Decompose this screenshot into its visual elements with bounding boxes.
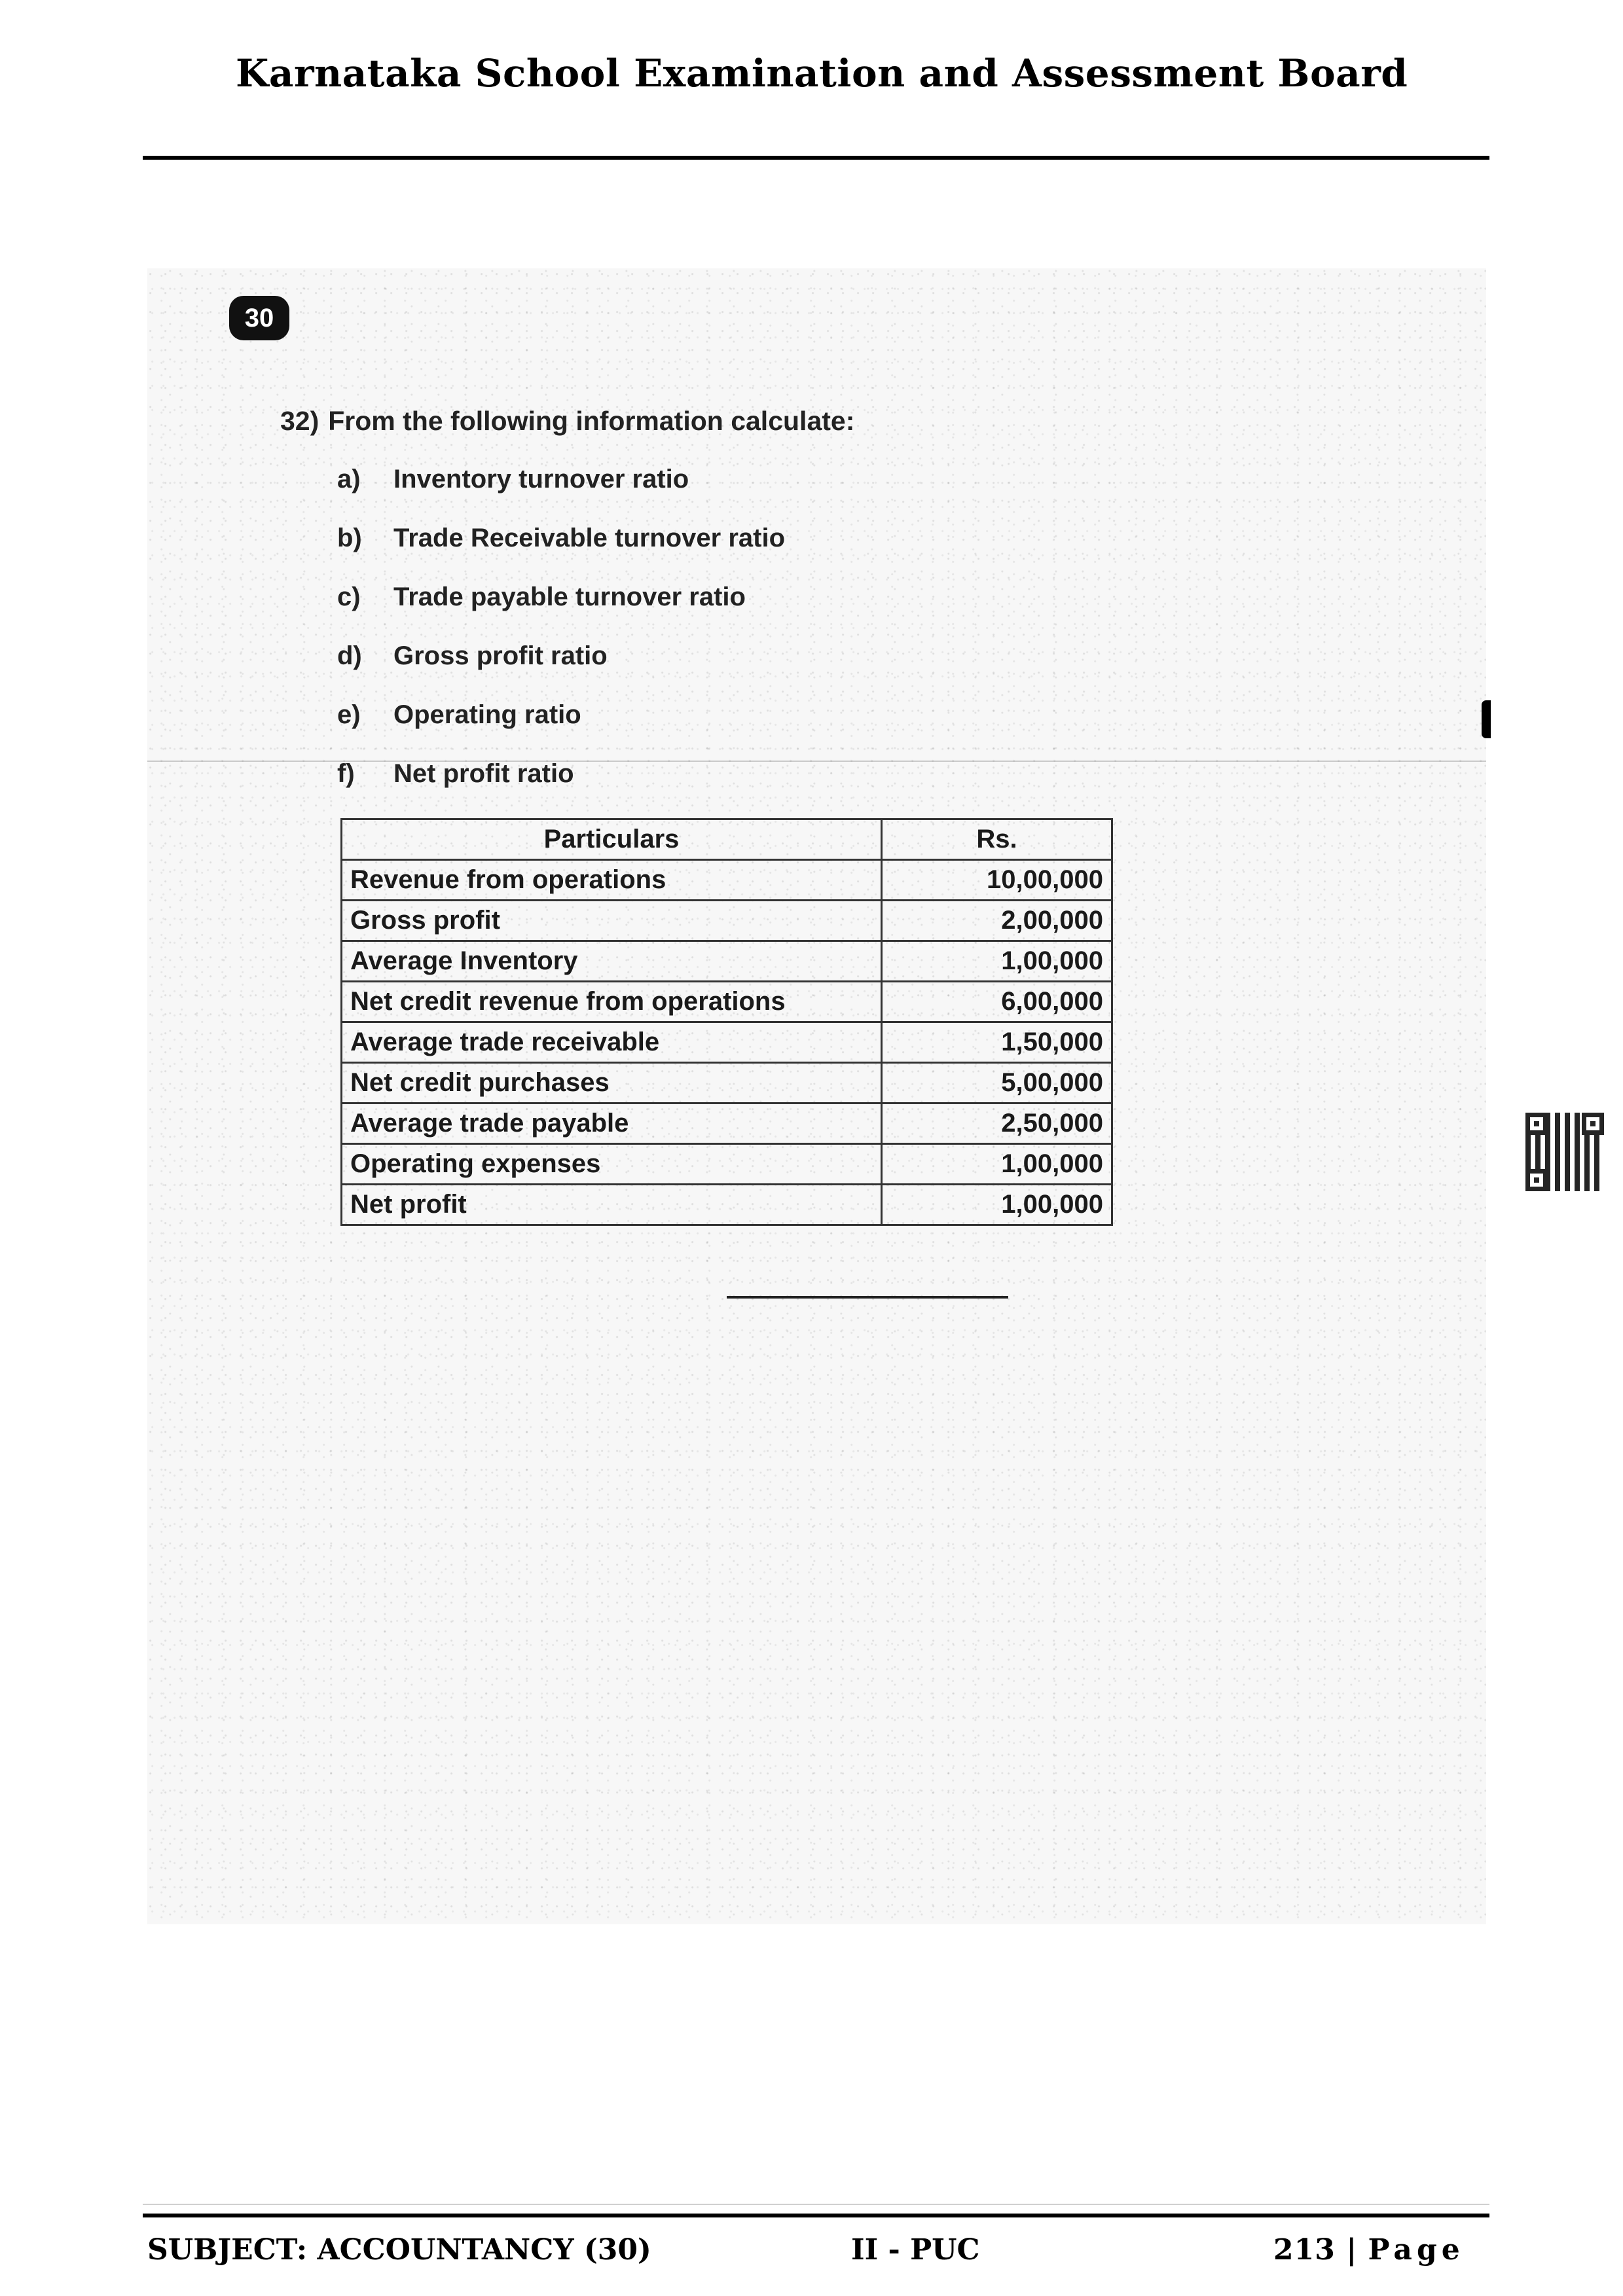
page-label: Page	[1368, 2233, 1465, 2267]
amount-cell: 10,00,000	[882, 860, 1112, 901]
table-row: Net credit purchases5,00,000	[342, 1063, 1112, 1103]
header-title: Karnataka School Examination and Assessm…	[236, 51, 1388, 96]
question-item: f)Net profit ratio	[337, 759, 785, 818]
table-row: Gross profit2,00,000	[342, 901, 1112, 941]
column-header-particulars: Particulars	[342, 819, 882, 860]
item-text: Gross profit ratio	[393, 641, 608, 671]
header-divider	[143, 156, 1489, 160]
table-row: Average trade payable2,50,000	[342, 1103, 1112, 1144]
question-item: c)Trade payable turnover ratio	[337, 583, 785, 641]
table-row: Average trade receivable1,50,000	[342, 1022, 1112, 1063]
item-letter: d)	[337, 641, 393, 671]
particular-cell: Average trade receivable	[342, 1022, 882, 1063]
scanned-question-image: 30 32)From the following information cal…	[147, 268, 1486, 1924]
footer-class: II - PUC	[851, 2233, 980, 2267]
end-of-question-rule	[727, 1296, 1008, 1299]
item-letter: b)	[337, 524, 393, 553]
item-letter: e)	[337, 700, 393, 730]
question-text: From the following information calculate…	[328, 406, 854, 436]
amount-cell: 6,00,000	[882, 982, 1112, 1022]
item-text: Trade Receivable turnover ratio	[393, 524, 785, 553]
particular-cell: Net credit revenue from operations	[342, 982, 882, 1022]
particular-cell: Average Inventory	[342, 941, 882, 982]
amount-cell: 1,00,000	[882, 1144, 1112, 1185]
qr-finder-icon	[1525, 1113, 1548, 1135]
item-text: Trade payable turnover ratio	[393, 583, 746, 612]
question-prompt: 32)From the following information calcul…	[280, 406, 854, 437]
particular-cell: Operating expenses	[342, 1144, 882, 1185]
table-row: Revenue from operations10,00,000	[342, 860, 1112, 901]
edge-mark	[1482, 700, 1491, 738]
amount-cell: 2,50,000	[882, 1103, 1112, 1144]
item-letter: c)	[337, 583, 393, 612]
table-row: Net profit1,00,000	[342, 1185, 1112, 1225]
question-number: 32)	[280, 406, 319, 436]
table-header-row: Particulars Rs.	[342, 819, 1112, 860]
qr-finder-icon	[1582, 1113, 1604, 1135]
amount-cell: 1,00,000	[882, 941, 1112, 982]
question-item: e)Operating ratio	[337, 700, 785, 759]
particulars-table: Particulars Rs. Revenue from operations1…	[340, 818, 1113, 1226]
amount-cell: 1,00,000	[882, 1185, 1112, 1225]
qr-finder-icon	[1525, 1169, 1548, 1191]
footer-divider	[143, 2214, 1489, 2217]
item-text: Net profit ratio	[393, 759, 574, 789]
amount-cell: 1,50,000	[882, 1022, 1112, 1063]
amount-cell: 2,00,000	[882, 901, 1112, 941]
item-letter: f)	[337, 759, 393, 789]
footer-subject: SUBJECT: ACCOUNTANCY (30)	[147, 2233, 651, 2267]
item-letter: a)	[337, 465, 393, 494]
qr-code-icon	[1525, 1113, 1604, 1191]
column-header-amount: Rs.	[882, 819, 1112, 860]
table-row: Operating expenses1,00,000	[342, 1144, 1112, 1185]
footer-divider-light	[143, 2204, 1489, 2205]
amount-cell: 5,00,000	[882, 1063, 1112, 1103]
question-item: d)Gross profit ratio	[337, 641, 785, 700]
question-items: a)Inventory turnover ratio b)Trade Recei…	[337, 465, 785, 818]
footer-page-number: 213 | Page	[1273, 2233, 1465, 2267]
particular-cell: Gross profit	[342, 901, 882, 941]
question-item: a)Inventory turnover ratio	[337, 465, 785, 524]
particular-cell: Net credit purchases	[342, 1063, 882, 1103]
item-text: Inventory turnover ratio	[393, 465, 689, 494]
question-item: b)Trade Receivable turnover ratio	[337, 524, 785, 583]
particular-cell: Net profit	[342, 1185, 882, 1225]
item-text: Operating ratio	[393, 700, 581, 730]
page-badge: 30	[229, 296, 289, 340]
table-row: Average Inventory1,00,000	[342, 941, 1112, 982]
particular-cell: Revenue from operations	[342, 860, 882, 901]
page-number: 213	[1273, 2233, 1336, 2267]
table-row: Net credit revenue from operations6,00,0…	[342, 982, 1112, 1022]
page-separator: |	[1346, 2233, 1357, 2267]
particular-cell: Average trade payable	[342, 1103, 882, 1144]
